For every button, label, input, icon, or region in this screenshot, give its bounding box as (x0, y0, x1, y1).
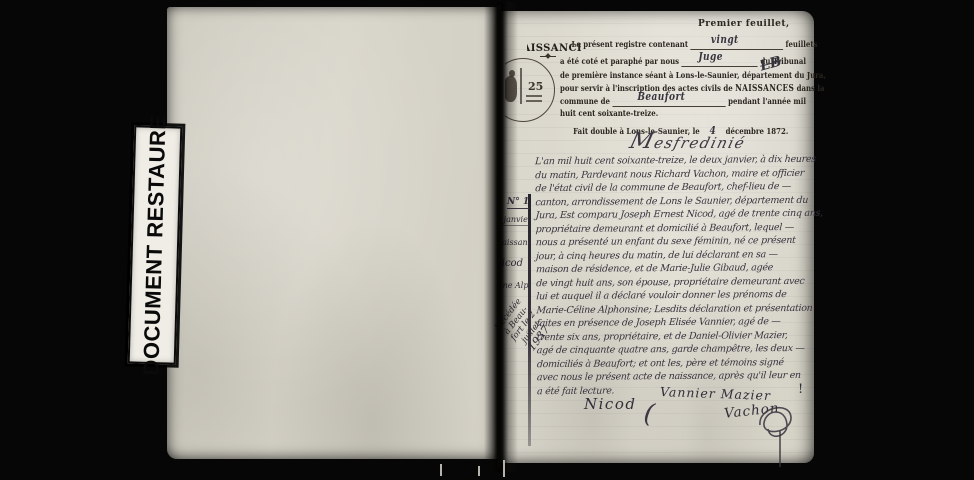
birth-act-body: L'an mil huit cent soixante-treize, le d… (535, 154, 815, 399)
restoration-label: DOCUMENT RESTAURE (138, 114, 171, 376)
form-line-4-end: dans la (797, 84, 825, 94)
blank-line: vingt (691, 39, 783, 50)
microfilm-scan: DOCUMENT RESTAURE Premier feuillet, NAIS… (0, 0, 974, 480)
film-ruler-tick (440, 464, 442, 476)
judge-signature: Mesfredinié (605, 128, 771, 154)
form-line-3-text: de première instance séant à Lons-le-Sau… (560, 71, 826, 81)
blank-line: Beaufort (612, 96, 725, 107)
stamp-value: 25 (528, 80, 543, 93)
naissances-caps: NAISSANCES (735, 84, 794, 94)
form-line-5: commune de Beaufort pendant l'année mil (560, 96, 806, 107)
handwritten-commune: Beaufort (637, 90, 685, 103)
form-line-5-text: commune de (560, 97, 610, 107)
handwritten-count: vingt (711, 33, 739, 46)
handwritten-judge: Juge (698, 50, 723, 63)
stamp-bar-icon (526, 95, 542, 97)
form-line-5-end: pendant l'année mil (728, 97, 806, 107)
ink-mark: ! (798, 382, 803, 397)
restoration-label-wrap: DOCUMENT RESTAURE (138, 114, 171, 376)
blank-left-page (167, 7, 497, 459)
register-right-page: Premier feuillet, NAISSANCES. 25 Le prés… (498, 11, 814, 463)
form-line-2-text: a été coté et paraphé par nous (560, 57, 679, 67)
restoration-strip: DOCUMENT RESTAURE (128, 125, 183, 364)
blank-line: Juge (682, 56, 758, 67)
form-line-1-end: feuillets (785, 40, 817, 50)
signature-flourish-icon: ( (642, 398, 656, 429)
signature-father: Nicod (584, 395, 636, 413)
book-gutter-shadow (484, 2, 518, 472)
form-line-1: Le présent registre contenant vingt feui… (560, 39, 817, 50)
book-gutter-line (497, 4, 501, 468)
film-ruler-tick (478, 466, 480, 476)
stamp-staff-icon (520, 68, 522, 104)
stamp-bar-icon (526, 100, 542, 102)
film-ruler-tick (503, 460, 505, 477)
mayor-paraph-icon (750, 397, 802, 471)
form-line-1-text: Le présent registre contenant (571, 40, 688, 50)
form-line-6: huit cent soixante-treize. (560, 109, 806, 119)
form-line-6-text: huit cent soixante-treize. (560, 109, 658, 119)
folio-note: Premier feuillet, (698, 19, 790, 29)
